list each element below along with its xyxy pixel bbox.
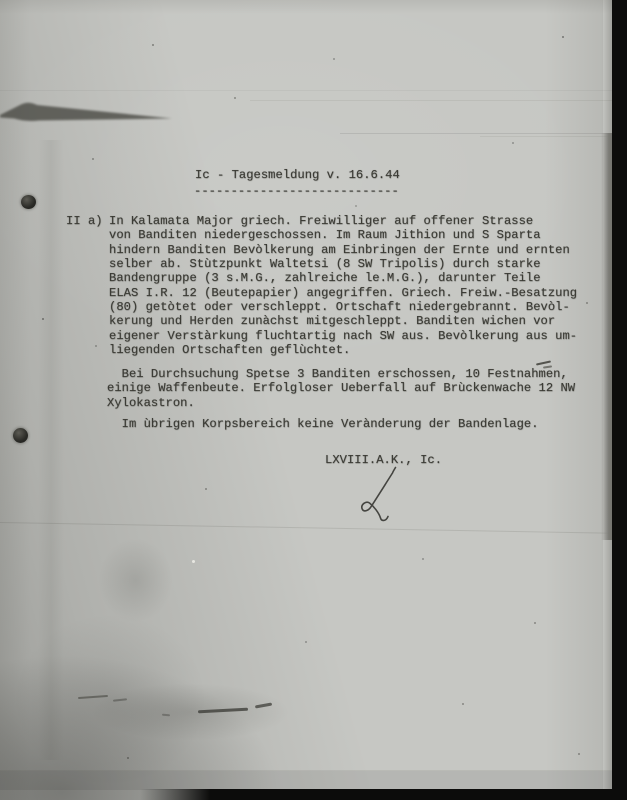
paragraph-line: kerung und Herden zunàchst mitgeschleppt… <box>109 314 577 328</box>
paper-edge-shadow-right <box>602 0 612 800</box>
paragraph-line: In Kalamata Major griech. Freiwilliger a… <box>109 214 577 228</box>
paragraph-3: Im ùbrigen Korpsbereich keine Verànderun… <box>107 417 539 431</box>
paragraph-line: von Banditen niedergeschossen. Im Raum J… <box>109 228 577 242</box>
paragraph-line: (80) getòtet oder verschleppt. Ortschaft… <box>109 300 577 314</box>
title-underline: ---------------------------- <box>194 184 399 198</box>
paragraph-line: einige Waffenbeute. Erfolgloser Ueberfal… <box>107 381 575 395</box>
noise-specks <box>0 0 2 2</box>
report-title: Ic - Tagesmeldung v. 16.6.44 <box>195 168 400 182</box>
paragraph-2: Bei Durchsuchung Spetse 3 Banditen ersch… <box>107 367 575 410</box>
light-speck <box>192 560 195 563</box>
signature-mark-icon <box>352 466 402 528</box>
paragraph-line: Xylokastron. <box>107 396 575 410</box>
paragraph-line: selber ab. Stùtzpunkt Waltetsi (8 SW Tri… <box>109 257 577 271</box>
paragraph-line: ELAS I.R. 12 (Beutepapier) angegriffen. … <box>109 286 577 300</box>
paragraph-line: hindern Banditen Bevòlkerung am Einbring… <box>109 243 577 257</box>
punch-hole-top <box>21 195 36 209</box>
fold-line <box>0 90 627 91</box>
paper-stain <box>98 538 173 623</box>
scan-black-band-right <box>612 0 627 800</box>
paragraph-line: Bandengruppe (3 s.M.G., zahlreiche le.M.… <box>109 271 577 285</box>
paper-shadow-wedge <box>0 97 185 129</box>
section-label: II a) <box>66 214 103 228</box>
paragraph-1: In Kalamata Major griech. Freiwilliger a… <box>109 214 577 357</box>
paper-stain <box>15 615 205 785</box>
fold-line-diagonal <box>0 522 627 534</box>
paragraph-line: liegenden Ortschaften geflùchtet. <box>109 343 577 357</box>
scanned-document-page: Ic - Tagesmeldung v. 16.6.44 -----------… <box>0 0 627 800</box>
paragraph-line: Im ùbrigen Korpsbereich keine Verànderun… <box>107 417 539 431</box>
paragraph-line: Bei Durchsuchung Spetse 3 Banditen ersch… <box>107 367 575 381</box>
punch-hole-bottom <box>13 428 28 443</box>
paragraph-line: eigener Verstàrkung fluchtartig nach SW … <box>109 329 577 343</box>
scan-black-band-bottom <box>140 789 627 800</box>
